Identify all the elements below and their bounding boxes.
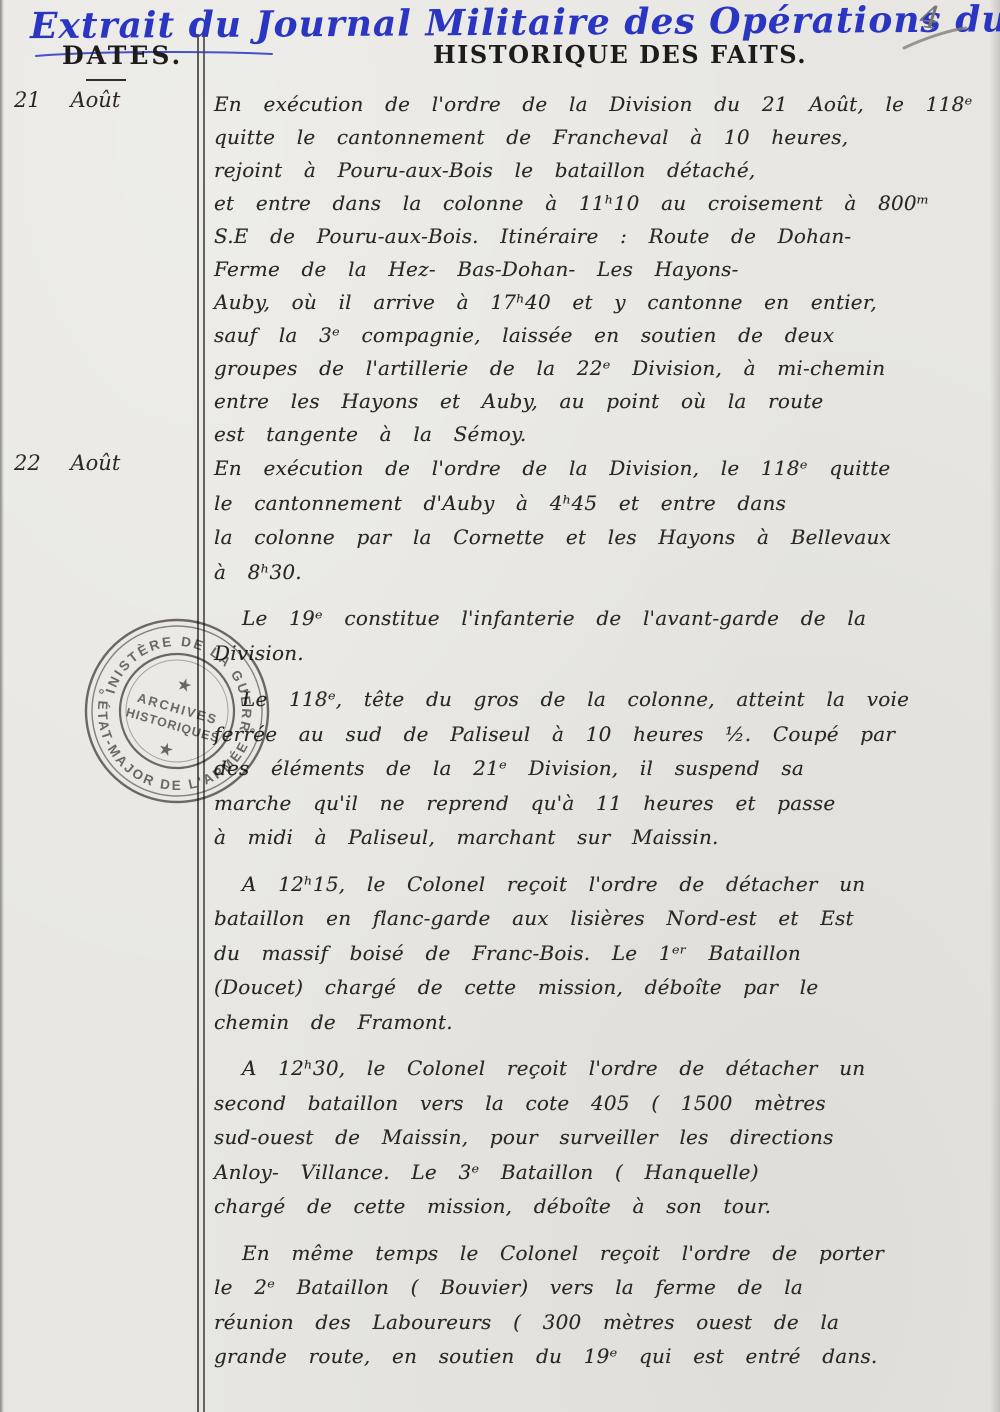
- entry-date-cell: 21 Août: [0, 88, 200, 451]
- handwritten-line: Auby, où il arrive à 17ʰ40 et y cantonne…: [214, 286, 986, 319]
- handwritten-line: A 12ʰ15, le Colonel reçoit l'ordre de dé…: [214, 867, 986, 902]
- handwritten-line: est tangente à la Sémoy.: [214, 418, 986, 451]
- handwritten-line: grande route, en soutien du 19ᵉ qui est …: [214, 1339, 986, 1374]
- journal-entry: 21 AoûtEn exécution de l'ordre de la Div…: [0, 88, 1000, 451]
- scanned-journal-page: Extrait du Journal Militaire des Opérati…: [0, 0, 1000, 1412]
- handwritten-line: Ferme de la Hez- Bas-Dohan- Les Hayons-: [214, 253, 986, 286]
- handwritten-line: le cantonnement d'Auby à 4ʰ45 et entre d…: [214, 486, 986, 521]
- entry-date: 22 Août: [14, 451, 200, 475]
- handwritten-line: à midi à Paliseul, marchant sur Maissin.: [214, 820, 986, 855]
- handwritten-line: En exécution de l'ordre de la Division, …: [214, 451, 986, 486]
- handwritten-line: et entre dans la colonne à 11ʰ10 au croi…: [214, 187, 986, 220]
- entry-text-cell: En exécution de l'ordre de la Division, …: [200, 451, 1000, 1374]
- handwritten-line: entre les Hayons et Auby, au point où la…: [214, 385, 986, 418]
- handwritten-line: En exécution de l'ordre de la Division d…: [214, 88, 986, 121]
- handwritten-line: réunion des Laboureurs ( 300 mètres oues…: [214, 1305, 986, 1340]
- handwritten-line: groupes de l'artillerie de la 22ᵉ Divisi…: [214, 352, 986, 385]
- entry-paragraph: A 12ʰ15, le Colonel reçoit l'ordre de dé…: [214, 867, 986, 1040]
- dates-header-underline: [86, 79, 126, 81]
- entry-paragraph: En exécution de l'ordre de la Division, …: [214, 451, 986, 589]
- handwritten-line: Division.: [214, 636, 986, 671]
- stamp-star-bottom-icon: ★: [157, 740, 175, 760]
- handwritten-line: sauf la 3ᵉ compagnie, laissée en soutien…: [214, 319, 986, 352]
- stamp-star-top-icon: ★: [175, 676, 193, 696]
- handwritten-line: second bataillon vers la cote 405 ( 1500…: [214, 1086, 986, 1121]
- handwritten-line: du massif boisé de Franc-Bois. Le 1ᵉʳ Ba…: [214, 936, 986, 971]
- handwritten-line: chemin de Framont.: [214, 1005, 986, 1040]
- entry-date-cell: 22 Août: [0, 451, 200, 1374]
- handwritten-line: Anloy- Villance. Le 3ᵉ Bataillon ( Hanqu…: [214, 1155, 986, 1190]
- entry-date: 21 Août: [14, 88, 200, 112]
- handwritten-line: Le 118ᵉ, tête du gros de la colonne, att…: [214, 682, 986, 717]
- stamp-separator-dot-left: [99, 689, 103, 693]
- entry-paragraph: En exécution de l'ordre de la Division d…: [214, 88, 986, 451]
- journal-entry: 22 AoûtEn exécution de l'ordre de la Div…: [0, 451, 1000, 1374]
- handwritten-line: sud-ouest de Maissin, pour surveiller le…: [214, 1120, 986, 1155]
- handwritten-line: (Doucet) chargé de cette mission, déboît…: [214, 970, 986, 1005]
- entry-paragraph: Le 19ᵉ constitue l'infanterie de l'avant…: [214, 601, 986, 670]
- handwritten-line: S.E de Pouru-aux-Bois. Itinéraire : Rout…: [214, 220, 986, 253]
- faits-column-header: HISTORIQUE DES FAITS.: [433, 40, 807, 69]
- entry-paragraph: Le 118ᵉ, tête du gros de la colonne, att…: [214, 682, 986, 855]
- handwritten-line: Le 19ᵉ constitue l'infanterie de l'avant…: [214, 601, 986, 636]
- pencil-underline-stroke: [900, 24, 970, 50]
- handwritten-line: marche qu'il ne reprend qu'à 11 heures e…: [214, 786, 986, 821]
- handwritten-line: ferrée au sud de Paliseul à 10 heures ½.…: [214, 717, 986, 752]
- entry-text-cell: En exécution de l'ordre de la Division d…: [200, 88, 1000, 451]
- handwritten-line: bataillon en flanc-garde aux lisières No…: [214, 901, 986, 936]
- entry-paragraph: En même temps le Colonel reçoit l'ordre …: [214, 1236, 986, 1374]
- handwritten-line: à 8ʰ30.: [214, 555, 986, 590]
- dates-column-header: DATES.: [62, 41, 183, 70]
- handwritten-line: des éléments de la 21ᵉ Division, il susp…: [214, 751, 986, 786]
- handwritten-line: quitte le cantonnement de Francheval à 1…: [214, 121, 986, 154]
- handwritten-line: chargé de cette mission, déboîte à son t…: [214, 1189, 986, 1224]
- handwritten-line: A 12ʰ30, le Colonel reçoit l'ordre de dé…: [214, 1051, 986, 1086]
- entry-paragraph: A 12ʰ30, le Colonel reçoit l'ordre de dé…: [214, 1051, 986, 1224]
- archives-historiques-stamp: MINISTÈRE DE LA GUERRE ÉTAT-MAJOR DE L'A…: [72, 606, 292, 826]
- handwritten-line: le 2ᵉ Bataillon ( Bouvier) vers la ferme…: [214, 1270, 986, 1305]
- handwritten-line: En même temps le Colonel reçoit l'ordre …: [214, 1236, 986, 1271]
- stamp-separator-dot-right: [250, 728, 254, 732]
- handwritten-line: rejoint à Pouru-aux-Bois le bataillon dé…: [214, 154, 986, 187]
- handwritten-line: la colonne par la Cornette et les Hayons…: [214, 520, 986, 555]
